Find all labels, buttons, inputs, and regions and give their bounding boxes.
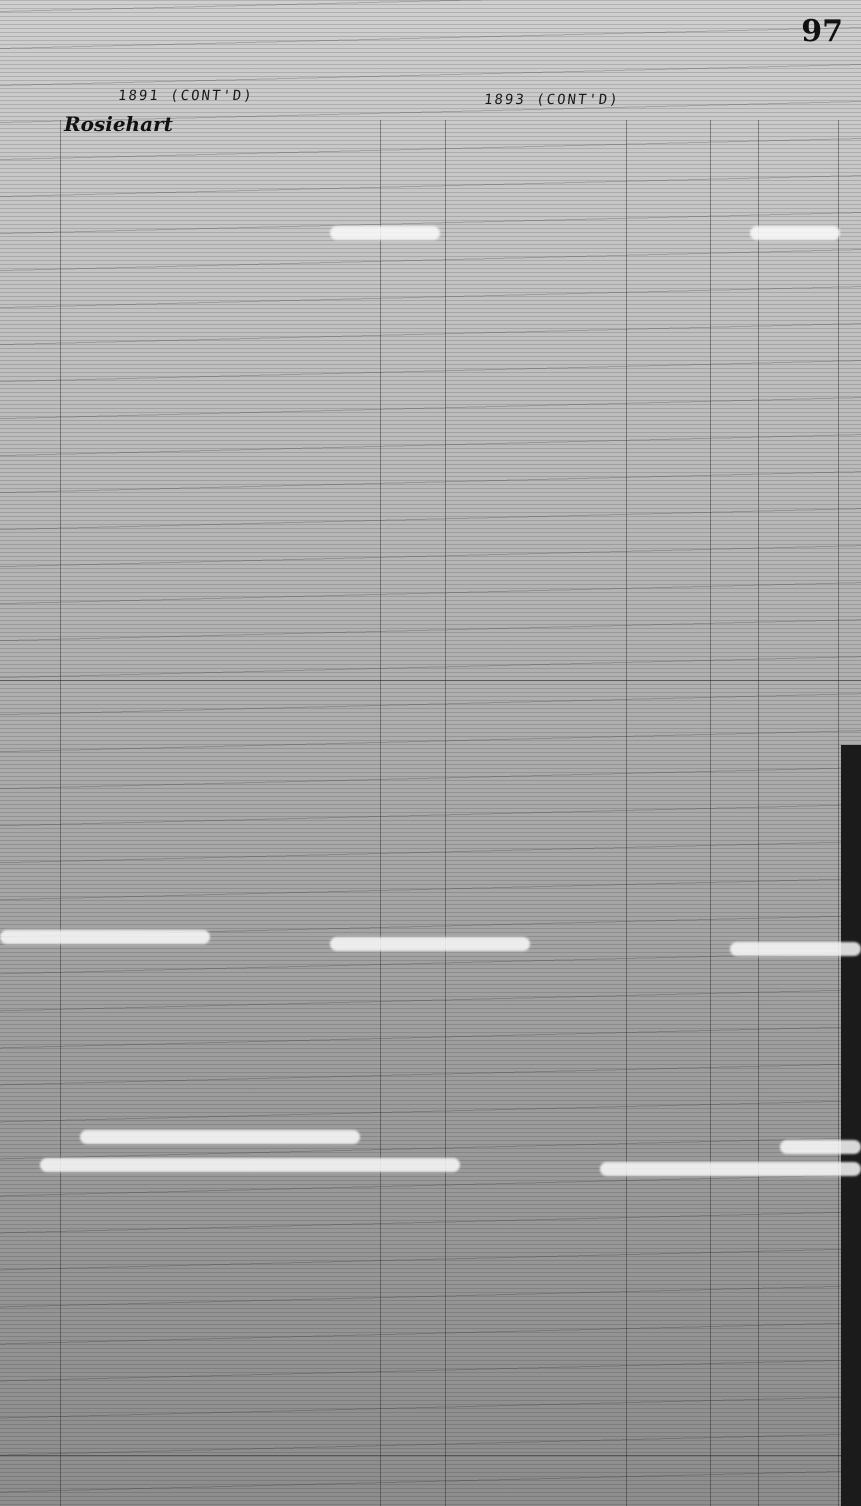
horizontal-rule (0, 1455, 861, 1456)
correction-blot (780, 1140, 861, 1154)
correction-blot (80, 1130, 360, 1144)
correction-blot (330, 226, 440, 240)
correction-blot (40, 1158, 460, 1172)
right-column-heading: 1893 (CONT'D) (483, 92, 620, 108)
column-rule (380, 120, 381, 1506)
column-rule (445, 120, 446, 1506)
column-rule (626, 120, 627, 1506)
column-rule (838, 120, 839, 1506)
correction-blot (330, 937, 530, 951)
page-number: 97 (801, 14, 843, 49)
correction-blot (750, 226, 840, 240)
scan-edge-shadow (841, 745, 861, 1506)
correction-blot (730, 942, 861, 956)
horizontal-rule (0, 680, 861, 681)
left-column-heading: 1891 (CONT'D) (117, 88, 254, 104)
ledger-page: 97 1891 (CONT'D) 1893 (CONT'D) Rosiehart (0, 0, 861, 1506)
column-rule (710, 120, 711, 1506)
column-rule (758, 120, 759, 1506)
correction-blot (0, 930, 210, 944)
correction-blot (600, 1162, 861, 1176)
column-rule (60, 120, 61, 1506)
handwritten-annotation: Rosiehart (64, 112, 173, 136)
